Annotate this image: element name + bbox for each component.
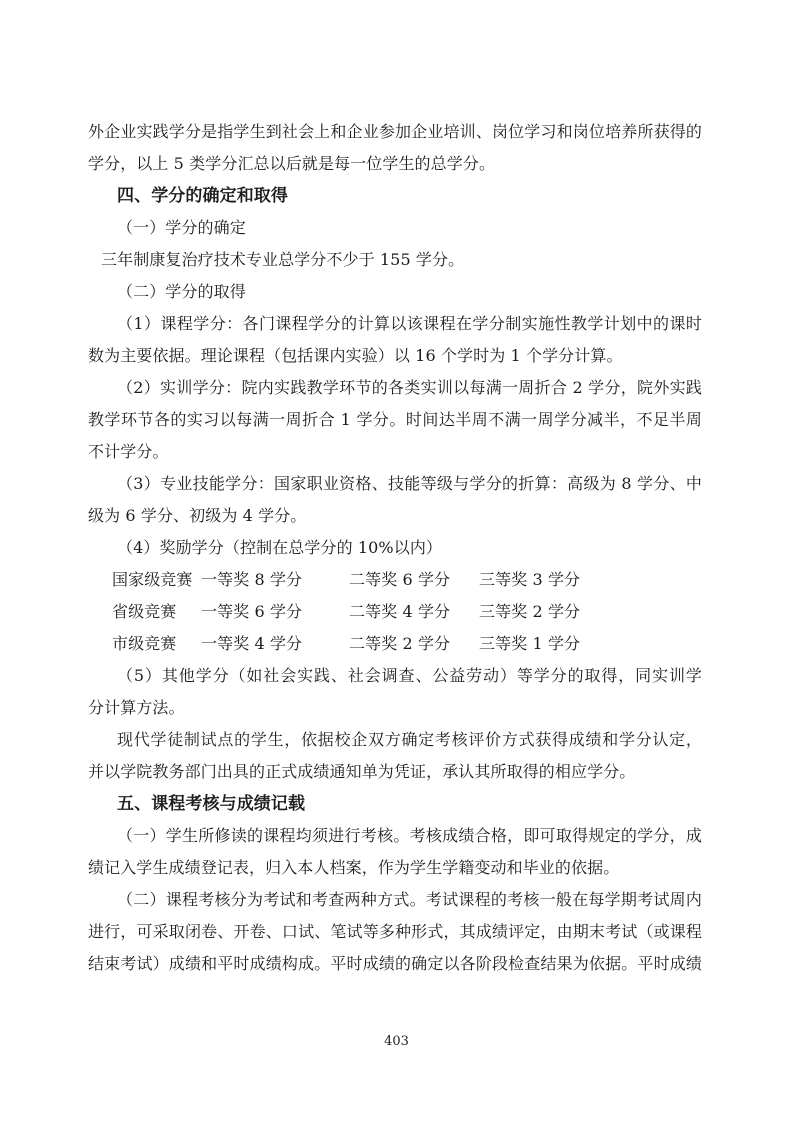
section-heading: 四、学分的确定和取得 (88, 180, 702, 212)
award-table-row: 市级竞赛一等奖 4 学分二等奖 2 学分三等奖 1 学分 (88, 628, 702, 660)
text-line: （一）学分的确定 (88, 212, 702, 244)
text-line: （一）学生所修读的课程均须进行考核。考核成绩合格，即可取得规定的学分，成 (88, 820, 702, 852)
document-page: 外企业实践学分是指学生到社会上和企业参加企业培训、岗位学习和岗位培养所获得的学分… (0, 0, 793, 1122)
text-line: （5）其他学分（如社会实践、社会调查、公益劳动）等学分的取得，同实训学 (88, 660, 702, 692)
award-cell: 三等奖 3 学分 (479, 564, 580, 596)
text-line: 三年制康复治疗技术专业总学分不少于 155 学分。 (88, 244, 702, 276)
text-line: 并以学院教务部门出具的正式成绩通知单为凭证，承认其所取得的相应学分。 (88, 756, 702, 788)
award-cell: 国家级竞赛 (112, 564, 201, 596)
text-line: 进行，可采取闭卷、开卷、口试、笔试等多种形式，其成绩评定，由期末考试（或课程 (88, 916, 702, 948)
text-line: 不计学分。 (88, 436, 702, 468)
text-line: 结束考试）成绩和平时成绩构成。平时成绩的确定以各阶段检查结果为依据。平时成绩 (88, 948, 702, 980)
award-table-row: 国家级竞赛一等奖 8 学分二等奖 6 学分三等奖 3 学分 (88, 564, 702, 596)
award-cell: 省级竞赛 (112, 596, 201, 628)
award-cell: 一等奖 8 学分 (201, 564, 349, 596)
award-cell: 二等奖 4 学分 (349, 596, 479, 628)
award-table-row: 省级竞赛一等奖 6 学分二等奖 4 学分三等奖 2 学分 (88, 596, 702, 628)
award-cell: 市级竞赛 (112, 628, 201, 660)
text-line: 绩记入学生成绩登记表，归入本人档案，作为学生学籍变动和毕业的依据。 (88, 852, 702, 884)
text-line: （2）实训学分：院内实践教学环节的各类实训以每满一周折合 2 学分，院外实践 (88, 372, 702, 404)
text-line: 学分，以上 5 类学分汇总以后就是每一位学生的总学分。 (88, 148, 702, 180)
award-cell: 二等奖 2 学分 (349, 628, 479, 660)
text-line: 级为 6 学分、初级为 4 学分。 (88, 500, 702, 532)
text-line: 分计算方法。 (88, 692, 702, 724)
award-cell: 一等奖 4 学分 (201, 628, 349, 660)
text-line: （二）课程考核分为考试和考查两种方式。考试课程的考核一般在每学期考试周内 (88, 884, 702, 916)
text-line: 教学环节各的实习以每满一周折合 1 学分。时间达半周不满一周学分减半，不足半周的 (88, 404, 702, 436)
text-line: 现代学徒制试点的学生，依据校企双方确定考核评价方式获得成绩和学分认定， (88, 724, 702, 756)
document-body: 外企业实践学分是指学生到社会上和企业参加企业培训、岗位学习和岗位培养所获得的学分… (88, 116, 702, 980)
award-cell: 三等奖 1 学分 (479, 628, 580, 660)
section-heading: 五、课程考核与成绩记载 (88, 788, 702, 820)
page-number: 403 (0, 1032, 793, 1052)
text-line: 外企业实践学分是指学生到社会上和企业参加企业培训、岗位学习和岗位培养所获得的 (88, 116, 702, 148)
text-line: （4）奖励学分（控制在总学分的 10%以内） (88, 532, 702, 564)
text-line: （1）课程学分：各门课程学分的计算以该课程在学分制实施性教学计划中的课时 (88, 308, 702, 340)
text-line: 数为主要依据。理论课程（包括课内实验）以 16 个学时为 1 个学分计算。 (88, 340, 702, 372)
award-cell: 一等奖 6 学分 (201, 596, 349, 628)
text-line: （二）学分的取得 (88, 276, 702, 308)
award-cell: 二等奖 6 学分 (349, 564, 479, 596)
award-cell: 三等奖 2 学分 (479, 596, 580, 628)
text-line: （3）专业技能学分：国家职业资格、技能等级与学分的折算：高级为 8 学分、中 (88, 468, 702, 500)
